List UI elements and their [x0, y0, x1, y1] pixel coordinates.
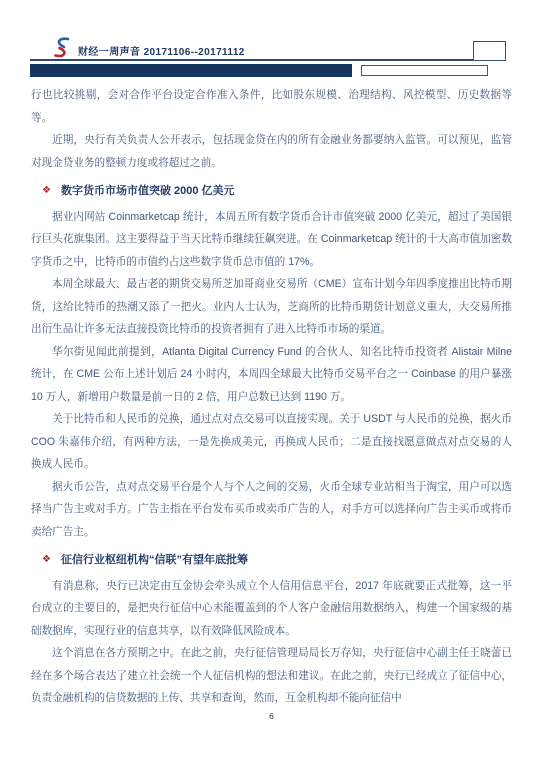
page-footer: 6 [0, 711, 543, 721]
body-paragraph: 这个消息在各方预期之中。在此之前，央行征信管理局局长万存知，央行征信中心副主任王… [31, 642, 512, 710]
section-heading: ❖数字货币市场市值突破 2000 亿美元 [42, 180, 512, 203]
body-paragraph: 华尔街见闻此前提到，Atlanta Digital Currency Fund … [31, 341, 512, 409]
brand-logo-icon [52, 37, 72, 58]
body-paragraph: 本周全球最大、最古老的期货交易所芝加哥商业交易所（CME）宣布计划今年四季度推出… [31, 273, 512, 341]
header-deco-box-bottom [361, 65, 488, 76]
section-heading: ❖征信行业枢纽机构“信联”有望年底批筹 [42, 549, 512, 572]
header-deco-box-top [473, 41, 506, 61]
header-title: 财经一周声音 20171106--20171112 [78, 43, 245, 58]
document-page: 财经一周声音 20171106--20171112 行也比较挑剔，会对合作平台设… [0, 0, 543, 768]
diamond-bullet-icon: ❖ [42, 180, 51, 203]
body-paragraph: 行也比较挑剔，会对合作平台设定合作准入条件，比如股东规模、治理结构、风控模型、历… [31, 84, 512, 129]
body-paragraph: 有消息称，央行已决定由互金协会牵头成立个人信用信息平台，2017 年底就要正式批… [31, 575, 512, 643]
body-paragraph: 关于比特币和人民币的兑换，通过点对点交易可以直接实现。关于 USDT 与人民币的… [31, 408, 512, 476]
document-body: 行也比较挑剔，会对合作平台设定合作准入条件，比如股东规模、治理结构、风控模型、历… [31, 84, 512, 710]
diamond-bullet-icon: ❖ [42, 549, 51, 572]
header-navy-bar [30, 64, 352, 77]
body-paragraph: 据业内网站 Coinmarketcap 统计，本周五所有数字货币合计市值突破 2… [31, 206, 512, 274]
body-paragraph: 据火币公告，点对点交易平台是个人与个人之间的交易，火币全球专业站相当于淘宝，用户… [31, 476, 512, 544]
page-number: 6 [269, 711, 274, 721]
header-rule [30, 59, 505, 61]
section-heading-text: 征信行业枢纽机构“信联”有望年底批筹 [61, 549, 248, 572]
body-paragraph: 近期，央行有关负责人公开表示，包括现金贷在内的所有金融业务都要纳入监管。可以预见… [31, 129, 512, 174]
section-heading-text: 数字货币市场市值突破 2000 亿美元 [61, 180, 235, 203]
